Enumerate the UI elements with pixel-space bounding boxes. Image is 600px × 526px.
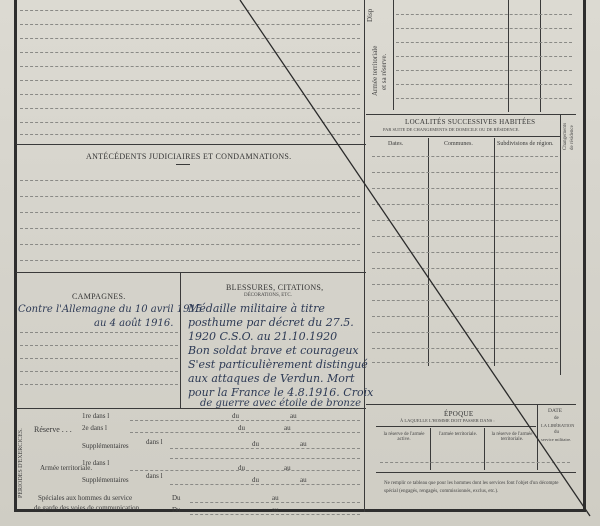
blessures-subtitle: DÉCORATIONS, ETC. — [244, 293, 292, 298]
au-label: au — [284, 424, 291, 432]
divider — [180, 272, 181, 408]
speciales-line-1: Spéciales aux hommes du service — [38, 494, 132, 502]
territoriale-supp-dans: dans l — [146, 472, 163, 480]
changements-label: Changements — [563, 123, 568, 150]
date-sub-de: de — [554, 416, 559, 421]
disp-label: Disp — [366, 9, 374, 22]
epoque-subtitle: À LAQUELLE L'HOMME DOIT PASSER DANS : — [400, 418, 495, 423]
antecedents-title: ANTÉCÉDENTS JUDICIAIRES ET CONDAMNATIONS… — [86, 152, 291, 161]
divider — [484, 428, 485, 470]
date-sub-du: du — [554, 430, 559, 435]
reserve-1re: 1re dans l — [82, 412, 109, 420]
col-dates: Dates. — [388, 141, 403, 147]
col-reserve-territoriale: la réserve de l'armée territoriale. — [486, 432, 538, 442]
divider — [393, 0, 394, 110]
speciales-line-2: de garde des voies de communication. — [34, 504, 141, 512]
blessure-line-5: S'est particulièrement distingué — [188, 358, 368, 371]
divider — [376, 472, 576, 473]
speciales-du-2: Du — [172, 506, 181, 514]
col-subdivisions: Subdivisions de région. — [497, 141, 554, 147]
armee-territoriale-label: Armée territoriale — [371, 46, 379, 96]
du-label: du — [238, 424, 245, 432]
territoriale-1re: 1re dans l — [82, 459, 109, 467]
divider — [366, 404, 576, 405]
residence-label: de résidence — [570, 125, 575, 150]
col-reserve-active: la réserve de l'armée active. — [378, 432, 430, 442]
date-sub-liberation: LA LIBÉRATION — [541, 423, 574, 428]
divider — [376, 426, 536, 427]
divider — [16, 144, 366, 145]
reserve-label: Réserve . . . — [34, 425, 72, 434]
blessure-line-4: Bon soldat brave et courageux — [188, 344, 359, 357]
divider — [560, 115, 561, 375]
date-title: DATE — [548, 408, 562, 414]
campagne-entry-2: au 4 août 1916. — [94, 318, 173, 329]
divider — [370, 136, 560, 137]
localites-subtitle: PAR SUITE DE CHANGEMENTS DE DOMICILE OU … — [383, 127, 519, 132]
document-page: Armée territoriale et sa réserve. Disp L… — [0, 0, 600, 526]
speciales-au-2: au — [272, 506, 279, 514]
periodes-label: PÉRIODES D'EXERCICES. — [18, 428, 24, 498]
au-label: au — [300, 476, 307, 484]
du-label: du — [232, 412, 239, 420]
divider — [430, 428, 431, 470]
blessure-line-3: 1920 C.S.O. au 21.10.1920 — [188, 330, 337, 343]
divider — [176, 164, 190, 165]
epoque-note: Ne remplir ce tableau que pour les homme… — [384, 480, 564, 496]
territoriale-supp: Supplémentaires — [82, 476, 129, 484]
blessure-line-2: posthume par décret du 27.5. — [188, 316, 354, 329]
divider — [366, 114, 576, 115]
campagne-entry-1: Contre l'Allemagne du 10 avril 1915 — [18, 304, 202, 315]
du-label: du — [252, 476, 259, 484]
divider — [16, 408, 366, 409]
campagnes-title: CAMPAGNES. — [72, 292, 126, 301]
column-divider — [364, 0, 365, 512]
col-armee-territoriale: l'armée territoriale. — [432, 432, 484, 437]
reserve-supp-dans: dans l — [146, 438, 163, 446]
du-label: du — [252, 440, 259, 448]
divider — [16, 272, 366, 273]
au-label: au — [300, 440, 307, 448]
au-label: au — [290, 412, 297, 420]
reserve-supp: Supplémentaires — [82, 442, 129, 450]
blessure-line-1: Médaille militaire à titre — [188, 302, 325, 315]
epoque-title: ÉPOQUE — [444, 410, 473, 418]
speciales-du-1: Du — [172, 494, 181, 502]
speciales-au-1: au — [272, 494, 279, 502]
blessure-line-6: aux attaques de Verdun. Mort — [188, 372, 355, 385]
col-communes: Communes. — [444, 141, 473, 147]
date-sub-service: service militaire. — [541, 437, 571, 442]
et-sa-reserve-label: et sa réserve. — [380, 54, 388, 90]
localites-title: LOCALITÉS SUCCESSIVES HABITÉES — [405, 118, 535, 126]
reserve-2e: 2e dans l — [82, 424, 107, 432]
blessures-title: BLESSURES, CITATIONS, — [226, 283, 323, 292]
